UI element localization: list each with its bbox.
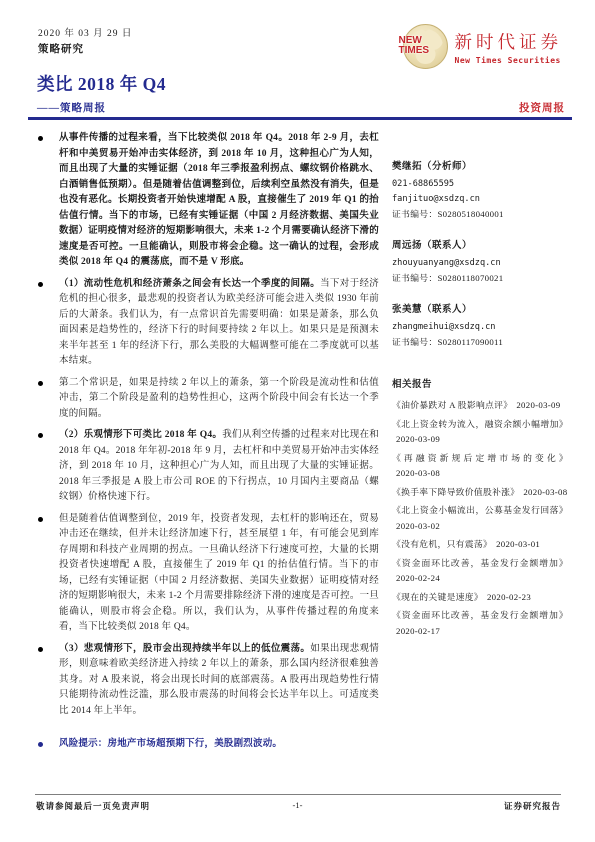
bullet-point-4: 但是随着估值调整到位，2019 年，投资者发现，去杠杆的影响还在，贸易冲击还在继… [38,512,379,636]
logo-badge-text: NEW TIMES [399,36,430,55]
related-reports-title: 相关报告 [392,376,568,390]
report-date: 2020 年 03 月 29 日 [38,25,132,39]
bullet-point-3: （2）乐观情形下可类比 2018 年 Q4。我们从利空传播的过程来对比现在和 2… [38,428,379,506]
analyst-block-3: 张美慧（联系人） zhangmeihui@xsdzq.cn 证书编号：S0280… [392,301,568,350]
company-names: 新时代证券 New Times Securities [455,29,563,65]
risk-warning: 风险提示：房地产市场超预期下行，美股剧烈波动。 [38,737,379,753]
bullet-text: （2）乐观情形下可类比 2018 年 Q4。我们从利空传播的过程来对比现在和 2… [59,428,379,506]
page-title: 类比 2018 年 Q4 [37,71,166,96]
company-logo: NEW TIMES 新时代证券 New Times Securities [403,24,563,69]
analyst-email: zhangmeihui@xsdzq.cn [392,320,568,335]
bullet-point-5: （3）悲观情形下，股市会出现持续半年以上的低位震荡。如果出现悲观情形，则意味着欧… [38,642,379,720]
company-name-en: New Times Securities [455,56,563,65]
footer-report-type: 证券研究报告 [504,800,561,812]
analyst-name: 周远扬（联系人） [392,237,568,251]
analyst-name: 张美慧（联系人） [392,301,568,315]
bullet-text: （1）流动性危机和经济萧条之间会有长达一个季度的间隔。当下对于经济危机的担心很多… [59,277,379,370]
related-report-item: 《资金面环比改善，基金发行金额增加》2020-02-17 [392,608,568,639]
related-report-item: 《油价暴跌对 A 股影响点评》2020-03-09 [392,398,568,414]
related-report-item: 《换手率下降导致价值股补涨》2020-03-08 [392,485,568,501]
analyst-email: fanjituo@xsdzq.cn [392,192,568,207]
bullet-text: （3）悲观情形下，股市会出现持续半年以上的低位震荡。如果出现悲观情形，则意味着欧… [59,642,379,720]
header-divider [28,117,572,120]
report-category: 策略研究 [38,41,84,56]
logo-badge-line2: TIMES [399,46,430,56]
analyst-cert: 证书编号：S0280518040001 [392,207,568,222]
analyst-name: 樊继拓（分析师） [392,158,568,172]
report-page: 2020 年 03 月 29 日 策略研究 NEW TIMES 新时代证券 Ne… [0,0,595,842]
related-report-item: 《资金面环比改善，基金发行金额增加》2020-02-24 [392,556,568,587]
analyst-cert: 证书编号：S0280118070021 [392,271,568,286]
analyst-email: zhouyuanyang@xsdzq.cn [392,256,568,271]
analyst-cert: 证书编号：S0280117090011 [392,335,568,350]
related-report-item: 《再融资新规后定增市场的变化》2020-03-08 [392,451,568,482]
bullet-text: 第二个常识是，如果是持续 2 年以上的萧条，第一个阶段是流动性和估值冲击，第二个… [59,376,379,423]
analyst-block-2: 周远扬（联系人） zhouyuanyang@xsdzq.cn 证书编号：S028… [392,237,568,286]
bullet-text: 但是随着估值调整到位，2019 年，投资者发现，去杠杆的影响还在，贸易冲击还在继… [59,512,379,636]
related-report-item: 《北上资金小幅流出，公募基金发行回落》2020-03-02 [392,503,568,534]
related-report-item: 《北上资金转为流入，融资余额小幅增加》2020-03-09 [392,417,568,448]
analyst-block-1: 樊继拓（分析师） 021-68865595 fanjituo@xsdzq.cn … [392,158,568,222]
main-content: 从事件传播的过程来看，当下比较类似 2018 年 Q4。2018 年 2-9 月… [38,131,379,759]
related-report-item: 《没有危机，只有震荡》2020-03-01 [392,537,568,553]
bullet-icon [38,131,48,271]
bullet-icon [38,428,48,506]
footer-divider [35,794,561,795]
bullet-text: 从事件传播的过程来看，当下比较类似 2018 年 Q4。2018 年 2-9 月… [59,131,379,271]
analyst-phone: 021-68865595 [392,177,568,192]
bullet-icon [38,277,48,370]
bullet-icon [38,376,48,423]
related-report-item: 《现在的关键是速度》2020-02-23 [392,590,568,606]
report-type-label: 投资周报 [519,100,565,115]
company-name-cn: 新时代证券 [455,29,563,54]
bullet-icon [38,512,48,636]
bullet-icon [38,642,48,720]
sidebar: 樊继拓（分析师） 021-68865595 fanjituo@xsdzq.cn … [392,158,568,642]
logo-badge-icon: NEW TIMES [403,24,448,69]
bullet-icon [38,737,48,753]
risk-warning-text: 风险提示：房地产市场超预期下行，美股剧烈波动。 [59,737,379,753]
report-subtitle: ——策略周报 [37,100,106,115]
bullet-point-2: 第二个常识是，如果是持续 2 年以上的萧条，第一个阶段是流动性和估值冲击，第二个… [38,376,379,423]
bullet-point-1: （1）流动性危机和经济萧条之间会有长达一个季度的间隔。当下对于经济危机的担心很多… [38,277,379,370]
subtitle-row: ——策略周报 投资周报 [37,100,565,115]
bullet-summary: 从事件传播的过程来看，当下比较类似 2018 年 Q4。2018 年 2-9 月… [38,131,379,271]
